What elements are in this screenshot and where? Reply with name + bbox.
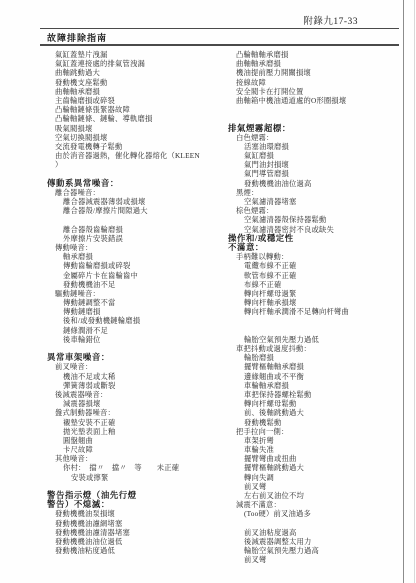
list-item: 車把抖動或過度抖動： <box>228 344 408 353</box>
list-item: 輪胎磨損 <box>228 353 408 362</box>
list-item: 交流發電機轉子鬆動 <box>47 142 215 151</box>
list-item: 電纜布線不正確 <box>228 261 408 270</box>
blank-line <box>47 169 215 178</box>
list-item: 手柄難以轉動： <box>228 252 408 261</box>
page-right-border-line <box>403 0 404 583</box>
list-item: 擺臂彎曲或扭曲 <box>228 454 408 463</box>
list-item: 離合器減震器薄弱或損壞 <box>47 197 215 206</box>
list-item: 減震不滿意： <box>228 500 408 509</box>
list-item: 棕色煙霧： <box>228 206 408 215</box>
appendix-page-number: 附錄九17-33 <box>303 13 358 27</box>
list-item: 轉向杆螺母過緊 <box>228 289 408 298</box>
list-item: 活塞油環磨損 <box>228 142 408 151</box>
list-item: 輪胎空氣預先壓力過低 <box>228 335 408 344</box>
list-item: 安全閥卡在打開位置 <box>228 87 408 96</box>
list-item: 氣缸蓋連接處的排氣管洩漏 <box>47 59 215 68</box>
list-item: 曲軸跳動過大 <box>47 68 215 77</box>
list-item: 車架折彎 <box>228 436 408 445</box>
list-item: 驅動鏈噪音： <box>47 289 215 298</box>
list-item: 發動機機油油位過低 <box>47 537 215 546</box>
list-item: 曲軸軸承磨損 <box>228 59 408 68</box>
list-item: 擺臂樞軸跳動過大 <box>228 463 408 472</box>
blank-line <box>47 344 215 353</box>
list-item: 車輪失准 <box>228 445 408 454</box>
blank-line <box>47 215 215 224</box>
list-item: 機油不足或太稀 <box>47 372 215 381</box>
list-item: 離合器噪音： <box>47 188 215 197</box>
list-item: 轉向杆螺母鬆動 <box>228 399 408 408</box>
list-item: 發動機機油不足 <box>47 280 215 289</box>
list-item: 空氣濾清器堵塞 <box>228 197 408 206</box>
list-item: 金屬碎片卡在齒輪齒中 <box>47 271 215 280</box>
list-item: 傳動鏈調整不當 <box>47 298 215 307</box>
list-item: 安裝或擰緊 <box>47 473 215 482</box>
list-item: 空氣切換閥損壞 <box>47 133 215 142</box>
list-item: 轉向杆軸承損壞 <box>228 298 408 307</box>
section-heading: 警告）不熄滅： <box>47 500 215 509</box>
list-item: 離合器殼/摩擦片間隙過大 <box>47 206 215 215</box>
list-item: 氣門油封損壞 <box>228 160 408 169</box>
list-item: 盤式制動器噪音： <box>47 408 215 417</box>
list-item: 傳動噪音： <box>47 243 215 252</box>
header-rule-under-title <box>40 44 399 46</box>
list-item: 擺臂樞軸軸承磨損 <box>228 362 408 371</box>
list-item: 氣缸磨損 <box>228 151 408 160</box>
list-item: 布線不正確 <box>228 280 408 289</box>
list-item: 軸承磨損 <box>47 252 215 261</box>
list-item: 輪胎空氣預先壓力過高 <box>228 546 408 555</box>
list-item: 車把保持器螺栓鬆動 <box>228 390 408 399</box>
list-item: 曲軸箱中機油通道處的O形圈損壞 <box>228 96 408 105</box>
list-item: 轉向失調 <box>228 473 408 482</box>
list-item: 離合器殼齒輪磨損 <box>47 225 215 234</box>
list-item: 後減震器調整太用力 <box>228 537 408 546</box>
list-item: 轉向杆軸承潤滑不足轉向杆彎曲 <box>228 307 408 316</box>
list-item: 前、後軸跳動過大 <box>228 408 408 417</box>
list-item: 發動機機油泵損壞 <box>47 509 215 518</box>
list-item: (Too硬）前叉油過多 <box>228 509 408 518</box>
list-item: 後和/或發動機鏈輪磨損 <box>47 316 215 325</box>
list-item: 黑煙： <box>228 188 408 197</box>
blank-line <box>228 316 408 325</box>
list-item: 傳動鏈磨損 <box>47 307 215 316</box>
document-page: 附錄九17-33 故障排除指南 氣缸蓋墊片洩漏氣缸蓋連接處的排氣管洩漏曲軸跳動過… <box>0 0 416 583</box>
list-item: 前叉彎 <box>228 482 408 491</box>
list-item: 主齒輪磨損或碎裂 <box>47 96 215 105</box>
section-heading: 操作和/或穩定性 <box>228 234 408 243</box>
list-item: 鏈條潤滑不足 <box>47 326 215 335</box>
list-item: 車輪軸承磨損 <box>228 381 408 390</box>
blank-line <box>47 482 215 491</box>
list-item: 傳動齒輪磨損或碎裂 <box>47 261 215 270</box>
list-item: 減震器損壞 <box>47 399 215 408</box>
list-item: 後減震器噪音： <box>47 390 215 399</box>
list-item: 發動機機油濾網堵塞 <box>47 519 215 528</box>
header-rule-top <box>40 28 399 29</box>
list-item: 襯墊安裝不正確 <box>47 418 215 427</box>
scan-edge-line <box>414 0 415 583</box>
list-item: 凸輪軸軸承磨損 <box>228 50 408 59</box>
list-item: ） <box>47 160 215 169</box>
list-item: 空氣濾清器密封不良或缺失 <box>228 225 408 234</box>
list-item: 拋光墊表面上釉 <box>47 427 215 436</box>
list-item: 軟管布線不正確 <box>228 271 408 280</box>
list-item: 白色煙霧： <box>228 133 408 142</box>
list-item: 接線故障 <box>228 78 408 87</box>
list-item: 凸輪軸鏈條張緊器故障 <box>47 105 215 114</box>
list-item: 氣缸蓋墊片洩漏 <box>47 50 215 59</box>
list-item: 把手拉向一側： <box>228 427 408 436</box>
list-item: 其他噪音： <box>47 454 215 463</box>
list-item: 發動機機油濾清器堵塞 <box>47 528 215 537</box>
list-item: 機油提前壓力開關損壞 <box>228 68 408 77</box>
blank-line <box>228 326 408 335</box>
list-item: 發動機鬆動 <box>228 418 408 427</box>
list-item: 曲軸軸承磨損 <box>47 87 215 96</box>
list-item: 吸氣閥損壞 <box>47 124 215 133</box>
section-heading: 警告指示燈（油先行燈 <box>47 491 215 500</box>
section-heading: 異常車架噪音： <box>47 353 215 362</box>
list-item: 邊緣翹曲或不平衡 <box>228 372 408 381</box>
blank-line <box>228 519 408 528</box>
list-item: 卡尺故障 <box>47 445 215 454</box>
troubleshooting-left-column: 氣缸蓋墊片洩漏氣缸蓋連接處的排氣管洩漏曲軸跳動過大發動機支座鬆動曲軸軸承磨損主齒… <box>47 50 215 555</box>
list-item: 發動機機油油位過高 <box>228 179 408 188</box>
list-item: 凸輪軸鏈條、鏈輪、導軌磨損 <box>47 114 215 123</box>
list-item: 空氣濾清器殼保持器鬆動 <box>228 215 408 224</box>
list-item: 外摩擦片安裝錯誤 <box>47 234 215 243</box>
list-item: 彈簧薄弱或斷裂 <box>47 381 215 390</box>
list-item: 你村： 擋〃 擋〃 等 未正確 <box>47 463 215 472</box>
list-item: 前叉噪音： <box>47 362 215 371</box>
list-item: 氣門導管磨損 <box>228 169 408 178</box>
list-item: 圓盤翹曲 <box>47 436 215 445</box>
page-title: 故障排除指南 <box>47 31 107 44</box>
list-item: 發動機油粘度過低 <box>47 546 215 555</box>
troubleshooting-right-column: 凸輪軸軸承磨損曲軸軸承磨損機油提前壓力開關損壞接線故障安全閥卡在打開位置曲軸箱中… <box>228 50 408 565</box>
section-heading: 不滿意： <box>228 243 408 252</box>
blank-line <box>228 105 408 114</box>
list-item: 前叉彎 <box>228 555 408 564</box>
section-heading: 傳動系異常噪音： <box>47 179 215 188</box>
blank-line <box>228 114 408 123</box>
list-item: 由於消音器過熱，催化轉化器熔化（KLEEN <box>47 151 215 160</box>
list-item: 後車輪錯位 <box>47 335 215 344</box>
list-item: 發動機支座鬆動 <box>47 78 215 87</box>
list-item: 左右前叉油位不均 <box>228 491 408 500</box>
list-item: 前叉油粘度過高 <box>228 528 408 537</box>
section-heading: 排氣煙霧超標： <box>228 124 408 133</box>
